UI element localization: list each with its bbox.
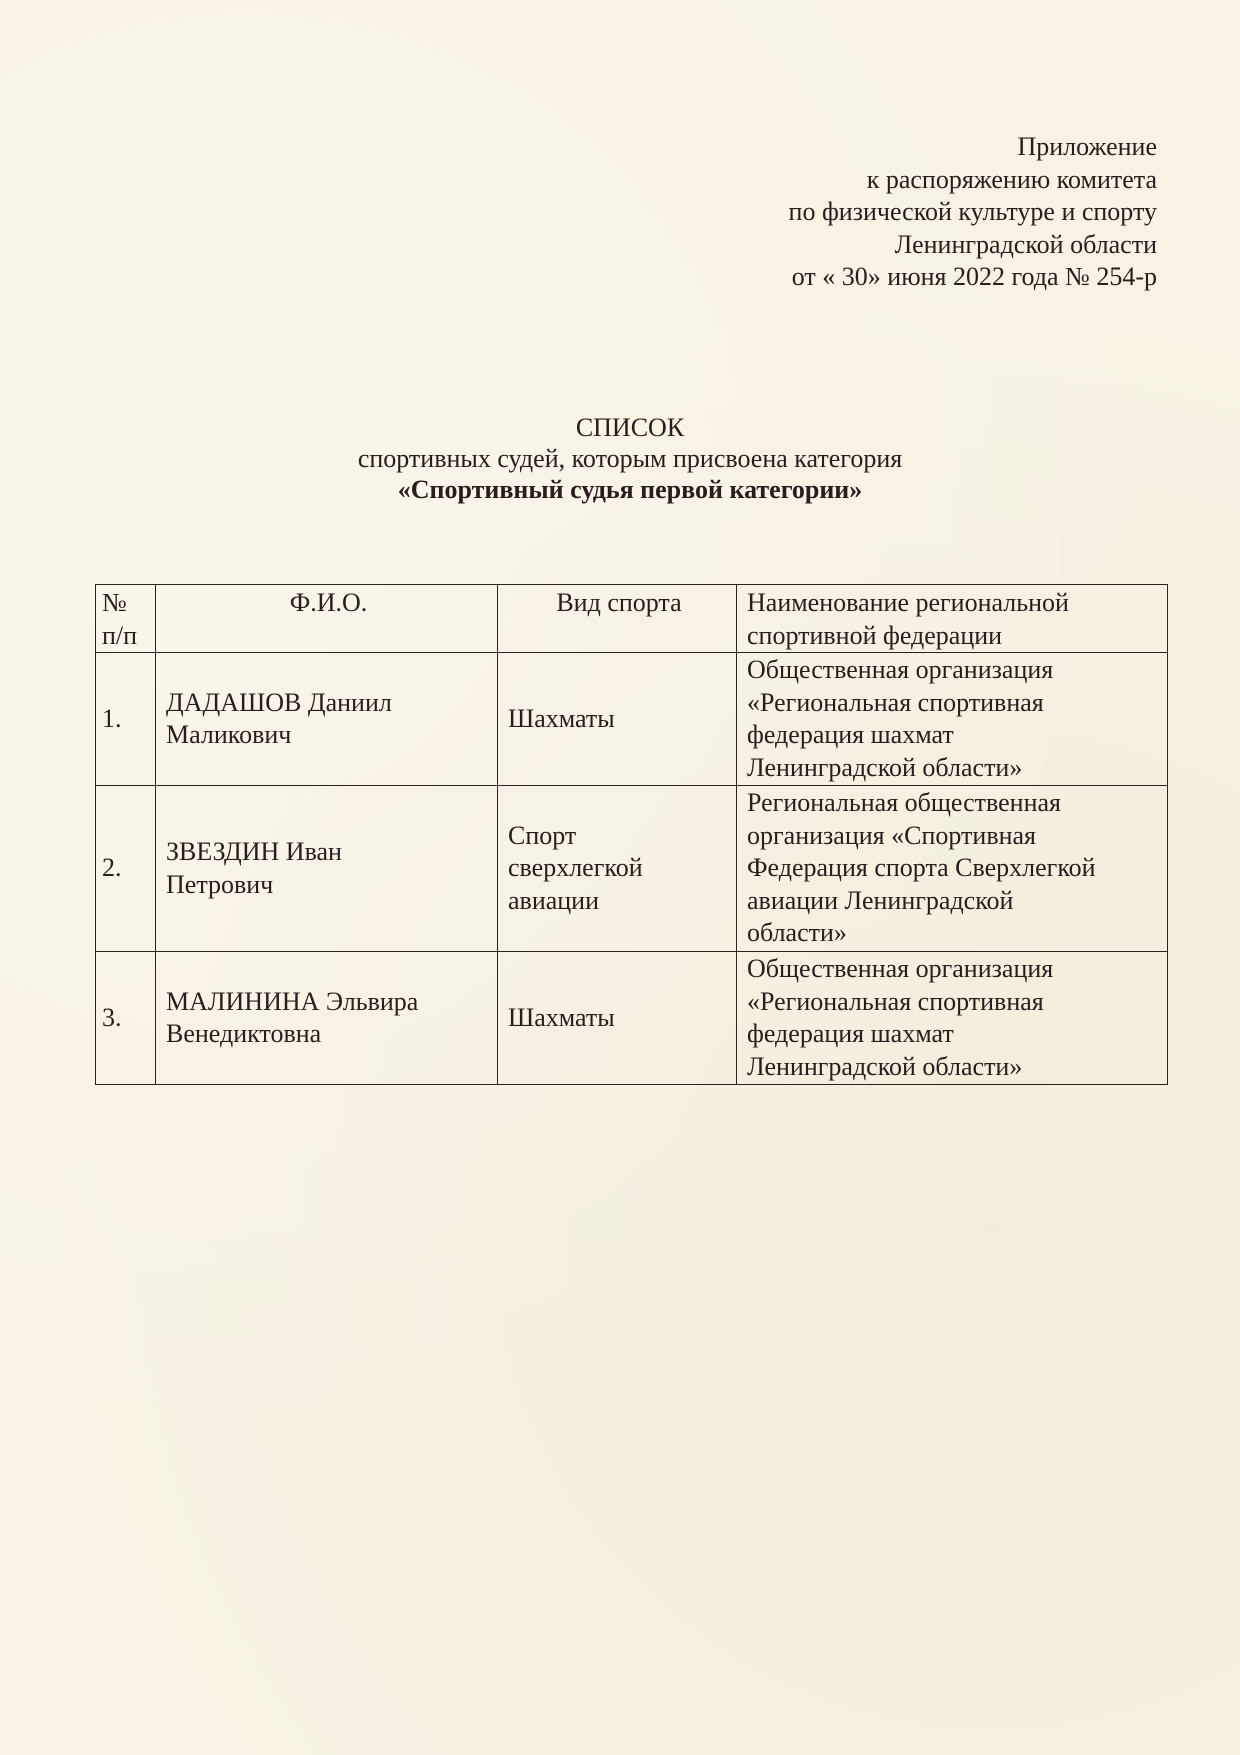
header-num: № п/п: [96, 585, 156, 653]
cell-sport: Спорт сверхлегкой авиации: [498, 786, 737, 952]
document-title: СПИСОК спортивных судей, которым присвое…: [0, 412, 1240, 505]
cell-federation: Общественная организация «Региональная с…: [737, 952, 1168, 1085]
cell-sport: Шахматы: [498, 952, 737, 1085]
appendix-header: Приложение к распоряжению комитета по фи…: [789, 131, 1157, 294]
table-row: 2. ЗВЕЗДИН Иван Петрович Спорт сверхлегк…: [96, 786, 1168, 952]
header-name: Ф.И.О.: [156, 585, 498, 653]
appendix-line: Приложение: [789, 131, 1157, 164]
cell-num: 2.: [96, 786, 156, 952]
document-page: Приложение к распоряжению комитета по фи…: [0, 0, 1240, 1755]
appendix-line: Ленинградской области: [789, 229, 1157, 262]
cell-sport: Шахматы: [498, 653, 737, 786]
header-sport: Вид спорта: [498, 585, 737, 653]
cell-num: 1.: [96, 653, 156, 786]
cell-name: ЗВЕЗДИН Иван Петрович: [156, 786, 498, 952]
cell-num: 3.: [96, 952, 156, 1085]
cell-name: ДАДАШОВ Даниил Маликович: [156, 653, 498, 786]
title-category: «Спортивный судья первой категории»: [0, 474, 1240, 505]
cell-federation: Региональная общественная организация «С…: [737, 786, 1168, 952]
cell-federation: Общественная организация «Региональная с…: [737, 653, 1168, 786]
title-subtitle: спортивных судей, которым присвоена кате…: [0, 443, 1240, 474]
header-federation: Наименование региональной спортивной фед…: [737, 585, 1168, 653]
judges-table: № п/п Ф.И.О. Вид спорта Наименование рег…: [95, 584, 1168, 1085]
title-heading: СПИСОК: [0, 412, 1240, 443]
appendix-line: к распоряжению комитета: [789, 164, 1157, 197]
table-row: 1. ДАДАШОВ Даниил Маликович Шахматы Обще…: [96, 653, 1168, 786]
appendix-line: по физической культуре и спорту: [789, 196, 1157, 229]
cell-name: МАЛИНИНА Эльвира Венедиктовна: [156, 952, 498, 1085]
appendix-order-date: от « 30» июня 2022 года № 254-р: [789, 261, 1157, 294]
table-header-row: № п/п Ф.И.О. Вид спорта Наименование рег…: [96, 585, 1168, 653]
table-row: 3. МАЛИНИНА Эльвира Венедиктовна Шахматы…: [96, 952, 1168, 1085]
